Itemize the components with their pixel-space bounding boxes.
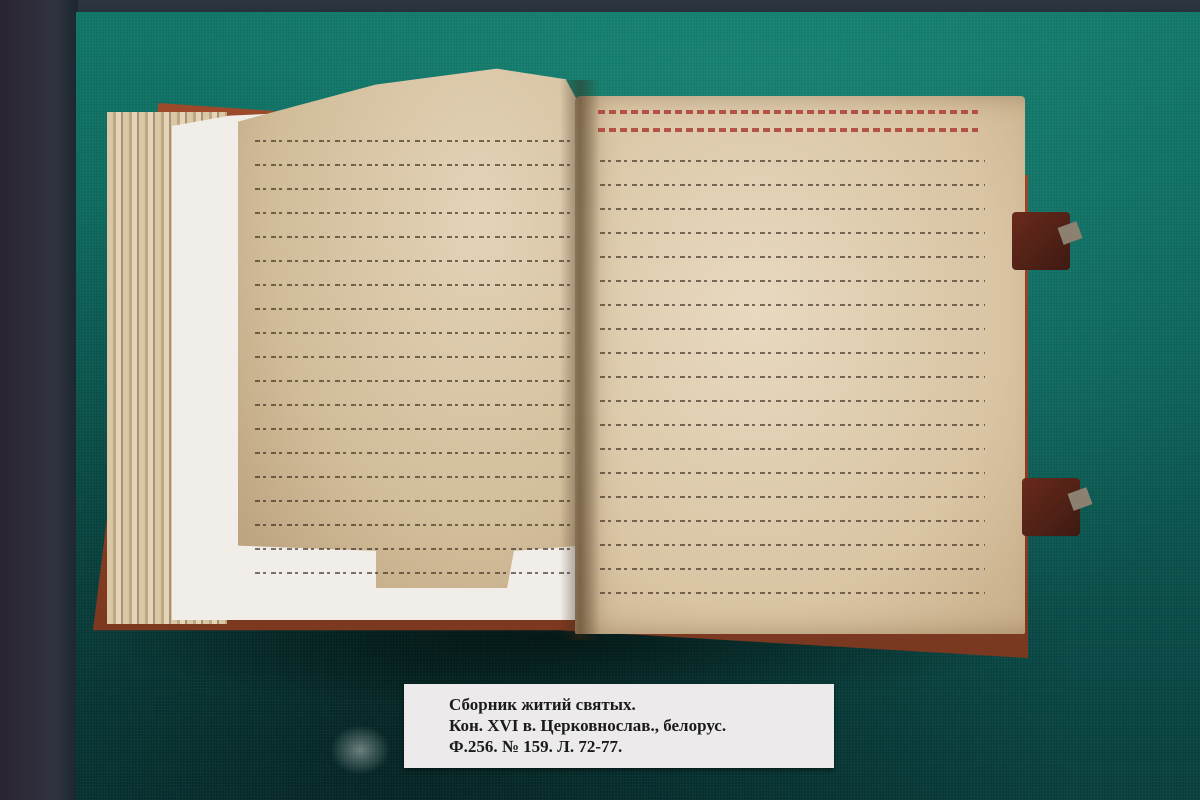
- display-case-frame-left: [0, 0, 78, 800]
- book-clasp-lower: [1022, 478, 1080, 536]
- right-page-text-lines: [600, 160, 985, 616]
- label-catalog-ref: Ф.256. № 159. Л. 72-77.: [449, 736, 726, 757]
- label-date-language: Кон. XVI в. Церковнослав., белорус.: [449, 715, 726, 736]
- glass-reflection: [330, 725, 390, 775]
- book-clasp-upper: [1012, 212, 1070, 270]
- label-title: Сборник житий святых.: [449, 694, 726, 715]
- left-page-text-lines: [255, 140, 570, 596]
- exhibit-label: Сборник житий святых. Кон. XVI в. Церков…: [404, 684, 834, 768]
- red-rubric-heading: [598, 110, 978, 146]
